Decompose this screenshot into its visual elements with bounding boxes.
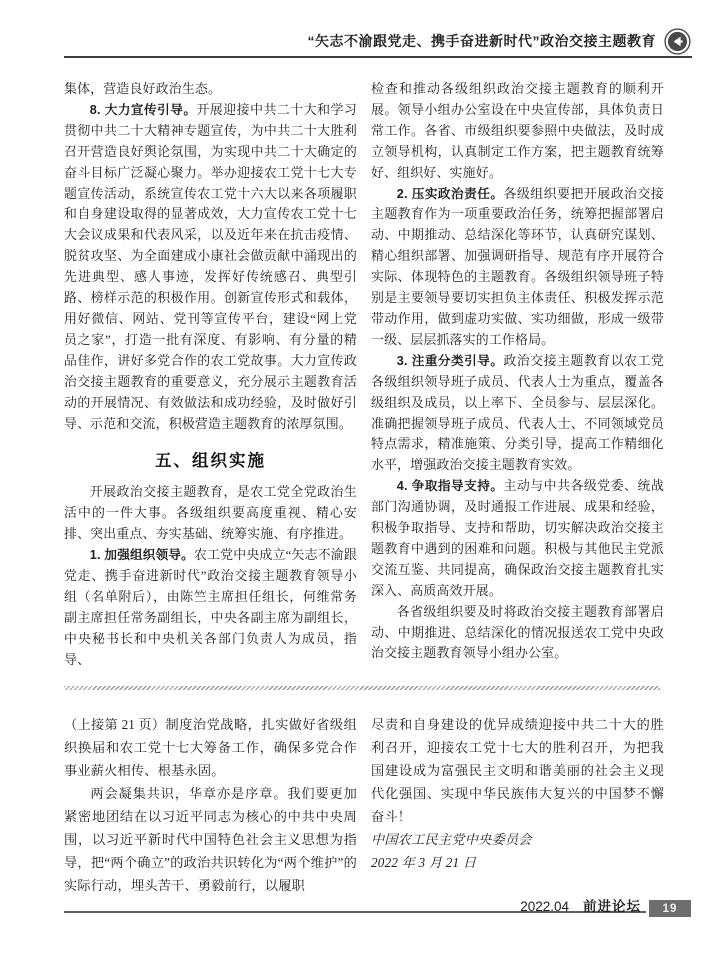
footer-journal-name: 前进论坛 [583, 895, 641, 915]
header-rule [64, 56, 692, 58]
footer-issue: 2022.04 [520, 899, 569, 914]
circle-back-arrow-icon [664, 28, 691, 55]
paragraph-4-lead: 4. 争取指导支持。 [397, 479, 504, 493]
paragraph-1-continued: 检查和推动各级组织政治交接主题教育的顺利开展。领导小组办公室设在中央宣传部，具体… [371, 79, 664, 184]
paragraph-4-body: 主动与中共各级党委、统战部门沟通协调，及时通报工作进展、成果和经验，积极争取指导… [371, 479, 664, 598]
paragraph-1: 1. 加强组织领导。农工党中央成立“矢志不渝跟党走、携手奋进新时代”政治交接主题… [64, 545, 357, 670]
paragraph-1-lead: 1. 加强组织领导。 [90, 548, 194, 562]
continued-from-note: （上接第 21 页） [64, 717, 165, 732]
paragraph-3: 3. 注重分类引导。政治交接主题教育以农工党各级组织领导班子成员、代表人士为重点… [371, 351, 664, 476]
continued-article: （上接第 21 页）制度治党战略，扎实做好省级组织换届和农工党十七大筹备工作，确… [64, 713, 664, 897]
paragraph-3-lead: 3. 注重分类引导。 [397, 354, 504, 368]
page-number-badge: 19 [649, 900, 691, 917]
paragraph-2-lead: 2. 压实政治责任。 [397, 187, 504, 201]
signature-org: 中国农工民主党中央委员会 [371, 828, 664, 851]
paragraph-8: 8. 大力宣传引导。开展迎接中共二十大和学习贯彻中共二十大精神专题宣传，为中共二… [64, 100, 357, 435]
paragraph-8-body: 开展迎接中共二十大和学习贯彻中共二十大精神专题宣传，为中共二十大胜利召开营造良好… [64, 103, 357, 431]
chain-divider [64, 686, 660, 690]
bottom-right-column: 尽责和自身建设的优异成绩迎接中共二十大的胜利召开，迎接农工党十七大的胜利召开，为… [371, 713, 664, 897]
paragraph-continuation: 集体，营造良好政治生态。 [64, 79, 357, 100]
running-head-title: “矢志不渝跟党走、携手奋进新时代”政治交接主题教育 [308, 31, 657, 51]
left-column: 集体，营造良好政治生态。 8. 大力宣传引导。开展迎接中共二十大和学习贯彻中共二… [64, 79, 357, 671]
continued-paragraph: （上接第 21 页）制度治党战略，扎实做好省级组织换届和农工党十七大筹备工作，确… [64, 713, 357, 782]
closing-paragraph-continued: 尽责和自身建设的优异成绩迎接中共二十大的胜利召开，迎接农工党十七大的胜利召开，为… [371, 713, 664, 828]
paragraph-intro: 开展政治交接主题教育，是农工党全党政治生活中的一件大事。各级组织要高度重视、精心… [64, 482, 357, 545]
closing-paragraph: 两会凝集共识，华章亦是序章。我们要更加紧密地团结在以习近平同志为核心的中共中央周… [64, 782, 357, 897]
right-column: 检查和推动各级组织政治交接主题教育的顺利开展。领导小组办公室设在中央宣传部，具体… [371, 79, 664, 671]
paragraph-4: 4. 争取指导支持。主动与中共各级党委、统战部门沟通协调，及时通报工作进展、成果… [371, 476, 664, 601]
section-heading: 五、组织实施 [64, 447, 357, 471]
paragraph-2: 2. 压实政治责任。各级组织要把开展政治交接主题教育作为一项重要政治任务，统筹把… [371, 184, 664, 351]
paragraph-2-body: 各级组织要把开展政治交接主题教育作为一项重要政治任务，统筹把握部署启动、中期推动… [371, 187, 664, 347]
footer: 2022.04 前进论坛 [520, 895, 641, 915]
paragraph-8-lead: 8. 大力宣传引导。 [90, 103, 197, 117]
page-header: “矢志不渝跟党走、携手奋进新时代”政治交接主题教育 [64, 26, 691, 56]
bottom-left-column: （上接第 21 页）制度治党战略，扎实做好省级组织换届和农工党十七大筹备工作，确… [64, 713, 357, 897]
main-body: 集体，营造良好政治生态。 8. 大力宣传引导。开展迎接中共二十大和学习贯彻中共二… [64, 79, 664, 671]
signature-date: 2022 年 3 月 21 日 [371, 851, 664, 874]
paragraph-1-body: 农工党中央成立“矢志不渝跟党走、携手奋进新时代”政治交接主题教育领导小组（名单附… [64, 548, 357, 667]
paragraph-3-body: 政治交接主题教育以农工党各级组织领导班子成员、代表人士为重点，覆盖各级组织及成员… [371, 354, 664, 473]
paragraph-report: 各省级组织要及时将政治交接主题教育部署启动、中期推进、总结深化的情况报送农工党中… [371, 602, 664, 665]
journal-page: “矢志不渝跟党走、携手奋进新时代”政治交接主题教育 集体，营造良好政治生态。 8… [0, 0, 711, 970]
